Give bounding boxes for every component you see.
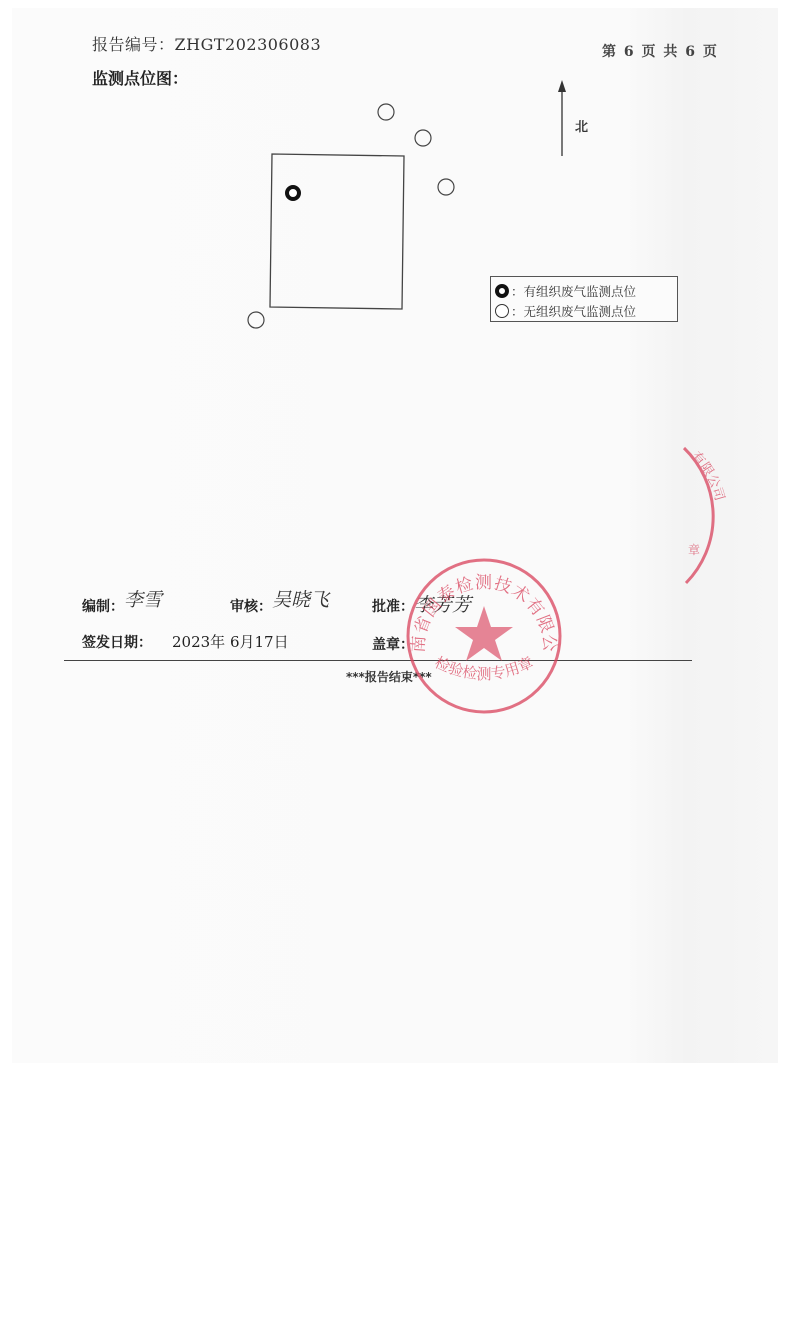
- map-legend: ：有组织废气监测点位 ：无组织废气监测点位: [490, 276, 678, 322]
- unorganized-point-icon: [248, 312, 264, 328]
- approved-signature: 李芳芳: [414, 590, 471, 617]
- monitoring-map: [0, 0, 800, 400]
- issue-date: 2023年 6月17日: [172, 631, 289, 652]
- legend-organized-label: ：有组织废气监测点位: [511, 282, 636, 300]
- compiled-signature: 李雪: [124, 585, 162, 612]
- facility-outline: [270, 154, 404, 309]
- legend-unorganized-label: ：无组织废气监测点位: [511, 302, 636, 320]
- approved-label: 批准：: [372, 596, 414, 616]
- legend-unorganized: ：无组织废气监测点位: [495, 301, 636, 321]
- organized-point-icon: [495, 284, 509, 298]
- legend-organized: ：有组织废气监测点位: [495, 281, 636, 301]
- seal-label: 盖章：: [372, 634, 414, 654]
- end-of-report: ***报告结束***: [346, 668, 432, 685]
- unorganized-point-icon: [495, 304, 509, 318]
- unorganized-point-icon: [415, 130, 431, 146]
- compiled-label: 编制：: [82, 596, 124, 616]
- organized-point-icon: [287, 187, 299, 199]
- divider: [64, 660, 692, 661]
- north-label: 北: [575, 116, 588, 135]
- north-arrow-icon: [558, 80, 566, 156]
- unorganized-point-icon: [438, 179, 454, 195]
- reviewed-label: 审核：: [230, 596, 272, 616]
- unorganized-point-icon: [378, 104, 394, 120]
- issue-date-label: 签发日期：: [82, 632, 152, 652]
- reviewed-signature: 吴晓飞: [272, 585, 329, 612]
